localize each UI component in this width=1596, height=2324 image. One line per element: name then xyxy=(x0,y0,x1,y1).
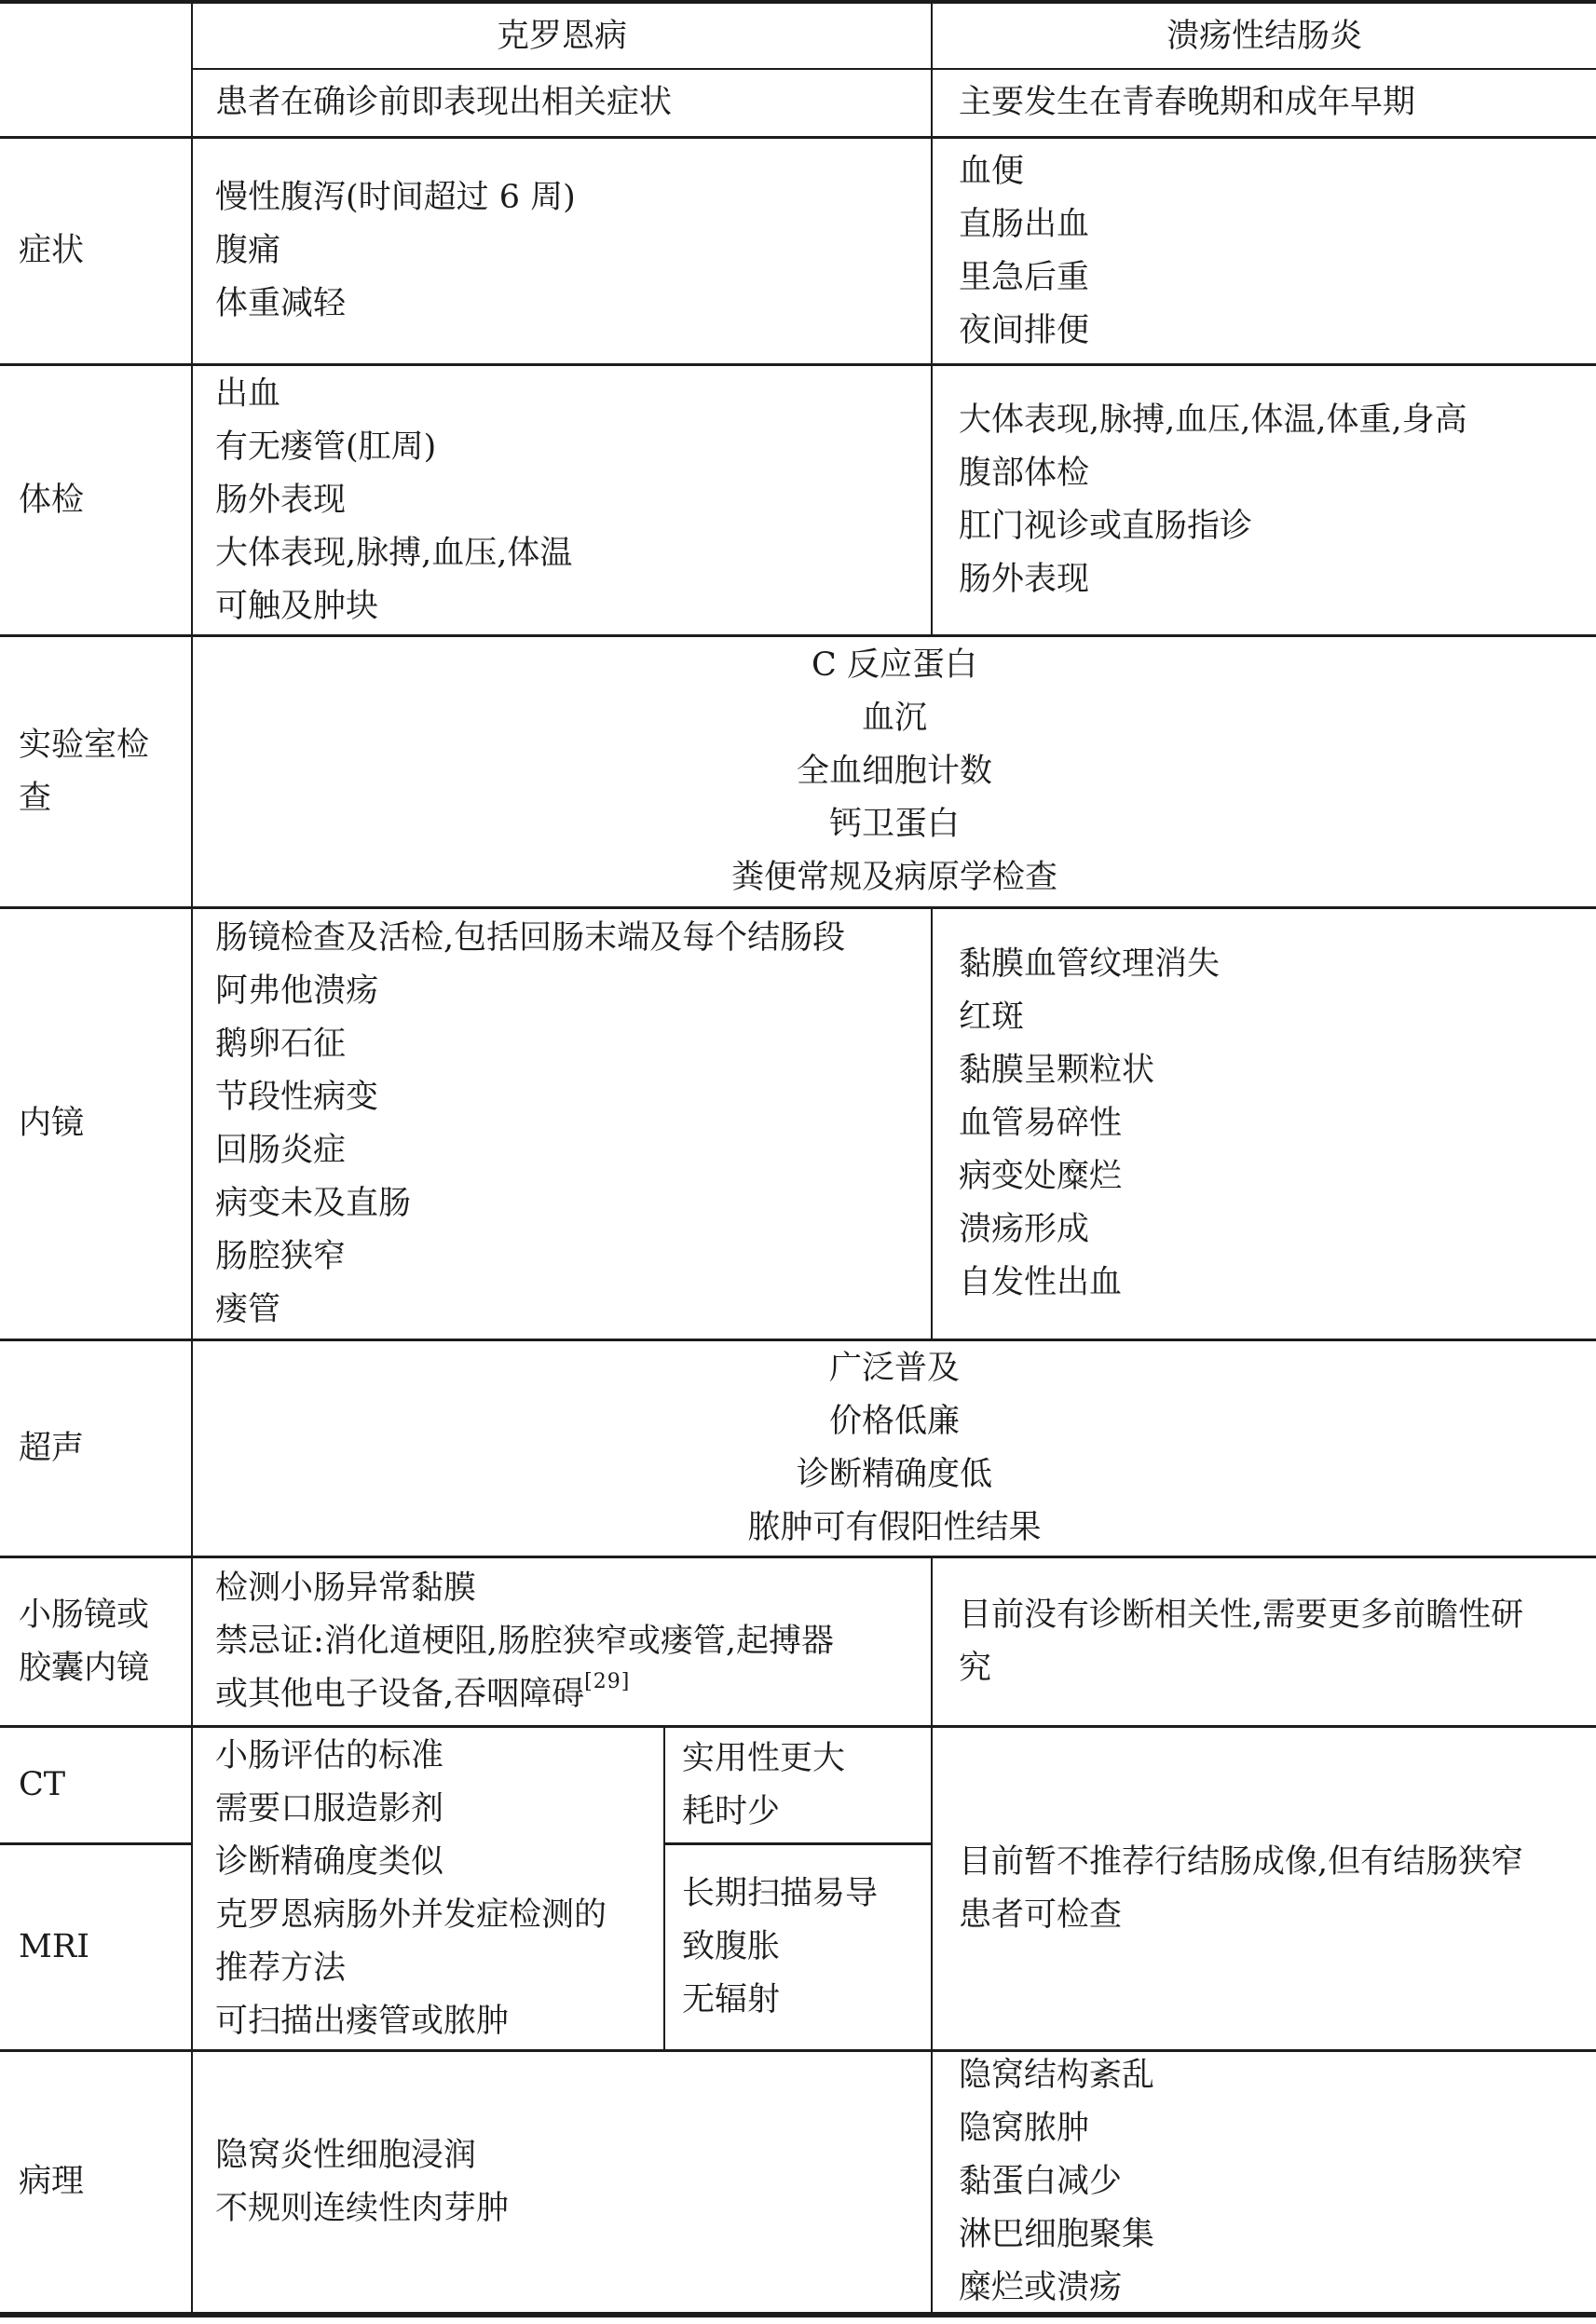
cell-enteroscopy-uc: 目前没有诊断相关性,需要更多前瞻性研 究 xyxy=(933,1558,1596,1725)
cell-endoscopy-crohn: 肠镜检查及活检,包括回肠末端及每个结肠段 阿弗他溃疡 鹅卵石征 节段性病变 回肠… xyxy=(193,909,953,1339)
text-line: 溃疡形成 xyxy=(959,1203,1089,1257)
table-bottom-border xyxy=(0,2312,1596,2317)
row-label-symptoms: 症状 xyxy=(0,139,211,363)
text-line: 大体表现,脉搏,血压,体温,体重,身高 xyxy=(959,394,1467,447)
cell-physical-exam-crohn: 出血 有无瘘管(肛周) 肠外表现 大体表现,脉搏,血压,体温 可触及肿块 xyxy=(193,366,953,634)
text-line: 长期扫描易导 xyxy=(682,1868,878,1921)
cell-onset-uc: 主要发生在青春晚期和成年早期 xyxy=(933,70,1596,136)
text-line: 可触及肿块 xyxy=(215,580,378,633)
text-line: 广泛普及 xyxy=(829,1342,960,1395)
row-label-text: 小肠镜或 xyxy=(19,1589,149,1642)
cell-pathology-uc: 隐窝结构紊乱 隐窝脓肿 黏蛋白减少 淋巴细胞聚集 糜烂或溃疡 xyxy=(933,2052,1596,2312)
text-line: 肠腔狭窄 xyxy=(215,1230,346,1284)
row-label-laboratory: 实验室检 查 xyxy=(0,637,211,906)
text-line: 肠外表现 xyxy=(215,474,346,527)
cell-endoscopy-uc: 黏膜血管纹理消失 红斑 黏膜呈颗粒状 血管易碎性 病变处糜烂 溃疡形成 自发性出… xyxy=(933,909,1596,1339)
text-line: 瘘管 xyxy=(215,1284,280,1337)
text-line: 隐窝结构紊乱 xyxy=(959,2049,1154,2102)
text-line: 主要发生在青春晚期和成年早期 xyxy=(959,76,1415,129)
cell-ct-mri-crohn-merged: 小肠评估的标准 需要口服造影剂 诊断精确度类似 克罗恩病肠外并发症检测的 推荐方… xyxy=(193,1728,686,2049)
text-line: 病变处糜烂 xyxy=(959,1150,1122,1203)
row-label-enteroscopy-capsule: 小肠镜或 胶囊内镜 xyxy=(0,1558,211,1725)
text-line: 红斑 xyxy=(959,991,1024,1044)
text-line: 脓肿可有假阳性结果 xyxy=(747,1502,1041,1555)
cell-physical-exam-uc: 大体表现,脉搏,血压,体温,体重,身高 腹部体检 肛门视诊或直肠指诊 肠外表现 xyxy=(933,366,1596,634)
text-line: 推荐方法 xyxy=(215,1942,346,1995)
column-header-crohn: 克罗恩病 xyxy=(193,6,931,68)
text-line: 大体表现,脉搏,血压,体温 xyxy=(215,527,572,580)
text-line: 检测小肠异常黏膜 xyxy=(215,1562,476,1615)
comparison-table-page: 克罗恩病 溃疡性结肠炎 患者在确诊前即表现出相关症状 主要发生在青春晚期和成年早… xyxy=(0,0,1596,2324)
cell-laboratory-shared: C 反应蛋白 血沉 全血细胞计数 钙卫蛋白 粪便常规及病原学检查 xyxy=(193,637,1596,906)
text-line: 耗时少 xyxy=(682,1786,780,1839)
text-line: 鹅卵石征 xyxy=(215,1018,346,1071)
cell-symptoms-crohn: 慢性腹泻(时间超过 6 周) 腹痛 体重减轻 xyxy=(193,139,953,363)
text-line: 或其他电子设备,吞咽障碍[29] xyxy=(215,1668,630,1721)
text-line: 自发性出血 xyxy=(959,1257,1122,1310)
text-line: 诊断精确度低 xyxy=(797,1448,992,1502)
text-line: C 反应蛋白 xyxy=(812,639,977,692)
text-line: 克罗恩病肠外并发症检测的 xyxy=(215,1889,607,1942)
text-line: 血管易碎性 xyxy=(959,1097,1122,1150)
text-line: 隐窝炎性细胞浸润 xyxy=(215,2129,476,2182)
row-label-text: 症状 xyxy=(19,224,84,278)
text-line: 淋巴细胞聚集 xyxy=(959,2208,1154,2262)
text-line: 致腹胀 xyxy=(682,1921,780,1974)
cell-ultrasound-shared: 广泛普及 价格低廉 诊断精确度低 脓肿可有假阳性结果 xyxy=(193,1341,1596,1556)
citation-marker: [29] xyxy=(584,1670,630,1693)
cell-mri-usability: 长期扫描易导 致腹胀 无辐射 xyxy=(665,1845,948,2049)
text-line: 直肠出血 xyxy=(959,198,1089,251)
row-label-text: 查 xyxy=(19,772,51,825)
cell-enteroscopy-crohn: 检测小肠异常黏膜 禁忌证:消化道梗阻,肠腔狭窄或瘘管,起搏器 或其他电子设备,吞… xyxy=(193,1558,953,1725)
text-line: 里急后重 xyxy=(959,251,1089,305)
text-line: 慢性腹泻(时间超过 6 周) xyxy=(215,171,576,224)
text-line: 病变未及直肠 xyxy=(215,1177,411,1230)
text-line: 腹部体检 xyxy=(959,447,1089,500)
text-line: 钙卫蛋白 xyxy=(829,798,960,851)
cell-symptoms-uc: 血便 直肠出血 里急后重 夜间排便 xyxy=(933,139,1596,363)
text-line: 全血细胞计数 xyxy=(797,745,992,798)
row-label-ultrasound: 超声 xyxy=(0,1341,211,1556)
text-line: 黏膜血管纹理消失 xyxy=(959,938,1220,991)
text-line: 可扫描出瘘管或脓肿 xyxy=(215,1995,509,2048)
text-line: 价格低廉 xyxy=(829,1395,960,1448)
text-line: 无辐射 xyxy=(682,1974,780,2027)
row-label-mri: MRI xyxy=(0,1845,211,2049)
row-label-text: 病理 xyxy=(19,2155,84,2208)
text-line: 隐窝脓肿 xyxy=(959,2102,1089,2155)
row-label-text: 内镜 xyxy=(19,1097,84,1150)
text-line: 粪便常规及病原学检查 xyxy=(731,851,1057,904)
row-label-text: MRI xyxy=(19,1921,89,1974)
text-line: 糜烂或溃疡 xyxy=(959,2262,1122,2315)
text-line: 患者在确诊前即表现出相关症状 xyxy=(215,76,672,129)
table-top-border xyxy=(0,0,1596,4)
text-line: 肠镜检查及活检,包括回肠末端及每个结肠段 xyxy=(215,912,845,965)
text-line: 出血 xyxy=(215,368,280,421)
cell-ct-usability: 实用性更大 耗时少 xyxy=(665,1728,948,1842)
text-line: 患者可检查 xyxy=(959,1889,1122,1942)
text-line: 回肠炎症 xyxy=(215,1124,346,1177)
row-label-ct: CT xyxy=(0,1728,211,1842)
text-line: 阿弗他溃疡 xyxy=(215,965,378,1018)
column-header-label: 溃疡性结肠炎 xyxy=(1166,10,1362,63)
text-line: 有无瘘管(肛周) xyxy=(215,421,436,474)
text-line: 节段性病变 xyxy=(215,1071,378,1124)
text-line: 目前暂不推荐行结肠成像,但有结肠狭窄 xyxy=(959,1836,1523,1889)
text-line: 肛门视诊或直肠指诊 xyxy=(959,500,1252,553)
text-line: 禁忌证:消化道梗阻,肠腔狭窄或瘘管,起搏器 xyxy=(215,1615,834,1668)
text-line: 肠外表现 xyxy=(959,553,1089,606)
row-label-text: 实验室检 xyxy=(19,719,149,772)
text-line: 血沉 xyxy=(862,692,927,745)
text-line: 黏膜呈颗粒状 xyxy=(959,1044,1154,1097)
text-line: 需要口服造影剂 xyxy=(215,1783,443,1836)
text-line: 夜间排便 xyxy=(959,305,1089,358)
text-line: 血便 xyxy=(959,145,1024,198)
cell-onset-crohn: 患者在确诊前即表现出相关症状 xyxy=(193,70,953,136)
cell-ct-mri-uc-merged: 目前暂不推荐行结肠成像,但有结肠狭窄 患者可检查 xyxy=(933,1728,1596,2049)
text-line: 目前没有诊断相关性,需要更多前瞻性研 xyxy=(959,1589,1523,1642)
row-label-text: 体检 xyxy=(19,474,84,527)
column-header-label: 克罗恩病 xyxy=(497,10,627,63)
text-line: 究 xyxy=(959,1642,991,1695)
text-line: 诊断精确度类似 xyxy=(215,1836,443,1889)
text-line: 不规则连续性肉芽肿 xyxy=(215,2182,509,2236)
row-label-text: 胶囊内镜 xyxy=(19,1642,149,1695)
row-label-pathology: 病理 xyxy=(0,2052,211,2312)
text-line: 黏蛋白减少 xyxy=(959,2155,1122,2208)
text-segment: 或其他电子设备,吞咽障碍 xyxy=(215,1676,584,1713)
text-line: 体重减轻 xyxy=(215,278,346,331)
text-line: 腹痛 xyxy=(215,224,280,278)
row-label-text: CT xyxy=(19,1759,65,1812)
column-header-uc: 溃疡性结肠炎 xyxy=(933,6,1596,68)
text-line: 小肠评估的标准 xyxy=(215,1730,443,1783)
row-label-text: 超声 xyxy=(19,1422,84,1475)
text-line: 实用性更大 xyxy=(682,1733,845,1786)
row-label-physical-exam: 体检 xyxy=(0,366,211,634)
row-label-endoscopy: 内镜 xyxy=(0,909,211,1339)
cell-pathology-crohn: 隐窝炎性细胞浸润 不规则连续性肉芽肿 xyxy=(193,2052,953,2312)
